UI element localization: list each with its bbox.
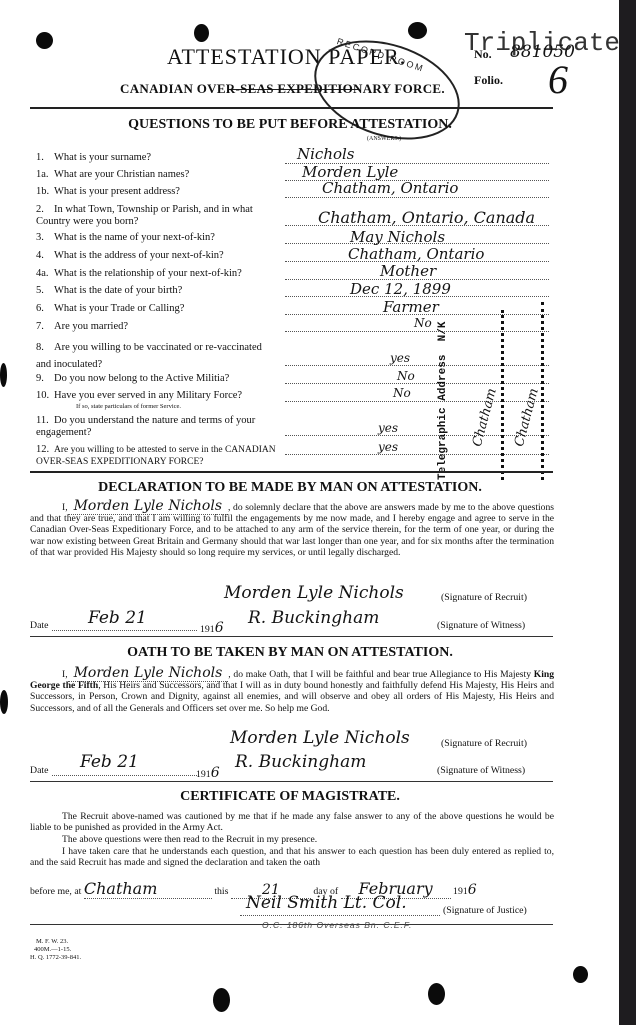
justice-officer-stamp: O.C. 186th Overseas Bn. C.E.F. — [262, 920, 412, 930]
scan-edge — [619, 0, 636, 1025]
question-4: 4.What is the address of your next-of-ki… — [36, 250, 276, 262]
question-10: 10.Have you ever served in any Military … — [36, 390, 276, 402]
oath-text: I,Morden Lyle Nichols, do make Oath, tha… — [30, 668, 554, 714]
telegraphic-address-column-divider — [501, 310, 504, 480]
question-7: 7.Are you married? — [36, 321, 276, 333]
punch-hole — [0, 363, 7, 387]
oath-date: Feb 21 — [80, 752, 139, 772]
answer-line — [285, 454, 549, 455]
number-label: No. — [474, 47, 492, 62]
question-3: 3.What is the name of your next-of-kin? — [36, 232, 276, 244]
magistrate-paragraph-1: The Recruit above-named was cautioned by… — [30, 811, 554, 833]
telegraphic-address-label: Telegraphic Address N/K — [437, 322, 449, 480]
punch-hole — [428, 983, 445, 1005]
declaration-date: Feb 21 — [88, 608, 147, 628]
question-9: 9.Do you now belong to the Active Militi… — [36, 373, 276, 385]
answer-trade: Farmer — [383, 298, 439, 316]
question-2: 2.In what Town, Township or Parish, and … — [36, 204, 276, 228]
punch-hole — [573, 966, 588, 983]
magistrate-paragraph-2: The above questions were then read to th… — [30, 834, 554, 845]
answer-surname: Nichols — [297, 145, 355, 163]
answer-military-force: No — [393, 386, 411, 400]
date-line — [52, 630, 197, 631]
answer-present-address: Chatham, Ontario — [322, 179, 458, 197]
oath-recruit-signature-label: (Signature of Recruit) — [441, 738, 527, 749]
answer-next-of-kin-address: Chatham, Ontario — [348, 245, 484, 263]
oath-bottom-rule — [30, 781, 553, 782]
punch-hole — [408, 22, 427, 39]
magistrate-title: CERTIFICATE OF MAGISTRATE. — [0, 789, 580, 805]
form-code-1: M. F. W. 23. — [36, 938, 68, 946]
answer-vaccinated: yes — [390, 351, 410, 365]
question-5: 5.What is the date of your birth? — [36, 285, 276, 297]
oath-year: 1916 — [196, 765, 220, 781]
punch-hole — [0, 690, 8, 714]
answer-date-of-birth: Dec 12, 1899 — [350, 280, 451, 298]
answer-willing-to-serve: yes — [378, 440, 398, 454]
oath-recruit-signature: Morden Lyle Nichols — [230, 728, 410, 748]
question-1b: 1b.What is your present address? — [36, 186, 276, 198]
answer-line — [285, 435, 549, 436]
oath-witness-signature-label: (Signature of Witness) — [437, 765, 525, 776]
justice-signature-line — [240, 915, 440, 916]
answers-header: (ANSWERS.) — [367, 136, 401, 142]
answer-active-militia: No — [397, 369, 415, 383]
question-6: 6.What is your Trade or Calling? — [36, 303, 276, 315]
question-4a: 4a.What is the relationship of your next… — [36, 268, 276, 280]
answer-understand-terms: yes — [378, 421, 398, 435]
declaration-recruit-signature: Morden Lyle Nichols — [224, 583, 404, 603]
declaration-date-label: Date — [30, 620, 49, 631]
question-12: 12.Are you willing to be attested to ser… — [36, 444, 276, 468]
punch-hole — [213, 988, 230, 1012]
answer-married: No — [414, 316, 432, 330]
declaration-title: DECLARATION TO BE MADE BY MAN ON ATTESTA… — [0, 480, 580, 496]
witness-signature-label: (Signature of Witness) — [437, 620, 525, 631]
punch-hole — [36, 32, 53, 49]
question-1a: 1a.What are your Christian names? — [36, 169, 276, 181]
answer-line — [285, 197, 549, 198]
form-code-2: 400M.—1-15. — [34, 946, 71, 954]
oath-witness-signature: R. Buckingham — [235, 752, 366, 772]
answer-line — [285, 365, 549, 366]
telegraphic-margin-note: Chatham — [470, 387, 500, 449]
question-11: 11.Do you understand the nature and term… — [36, 415, 276, 439]
questions-bottom-rule — [30, 471, 553, 473]
answer-relationship: Mother — [380, 262, 436, 280]
justice-signature: Neil Smith Lt. Col. — [246, 893, 407, 913]
question-1: 1.What is your surname? — [36, 152, 276, 164]
magistrate-paragraph-3: I have taken care that he understands ea… — [30, 846, 554, 868]
answer-line — [285, 383, 549, 384]
answer-line — [285, 331, 549, 332]
oath-title: OATH TO BE TAKEN BY MAN ON ATTESTATION. — [0, 645, 580, 661]
recruit-signature-label: (Signature of Recruit) — [441, 592, 527, 603]
folio-value: 6 — [548, 56, 568, 103]
answer-birthplace: Chatham, Ontario, Canada — [318, 208, 535, 227]
oath-date-label: Date — [30, 765, 49, 776]
telegraphic-margin-note: Chatham — [512, 387, 542, 449]
folio-label: Folio. — [474, 73, 503, 88]
form-code-3: H. Q. 1772-39-841. — [30, 954, 81, 962]
punch-hole — [194, 24, 209, 42]
date-line — [52, 775, 197, 776]
magistrate-place: Chatham — [84, 879, 212, 899]
questions-section-title: QUESTIONS TO BE PUT BEFORE ATTESTATION. — [0, 117, 580, 133]
question-10-note: If so, state particulars of former Servi… — [76, 403, 181, 411]
declaration-bottom-rule — [30, 636, 553, 637]
declaration-witness-signature: R. Buckingham — [248, 608, 379, 628]
justice-signature-label: (Signature of Justice) — [443, 905, 527, 916]
declaration-year: 1916 — [200, 620, 224, 636]
question-8: 8.Are you willing to be vaccinated or re… — [36, 339, 276, 373]
answer-next-of-kin: May Nichols — [350, 228, 445, 246]
header-rule — [30, 107, 553, 109]
declaration-text: I,Morden Lyle Nichols, do solemnly decla… — [30, 501, 554, 558]
answer-line — [285, 401, 549, 402]
